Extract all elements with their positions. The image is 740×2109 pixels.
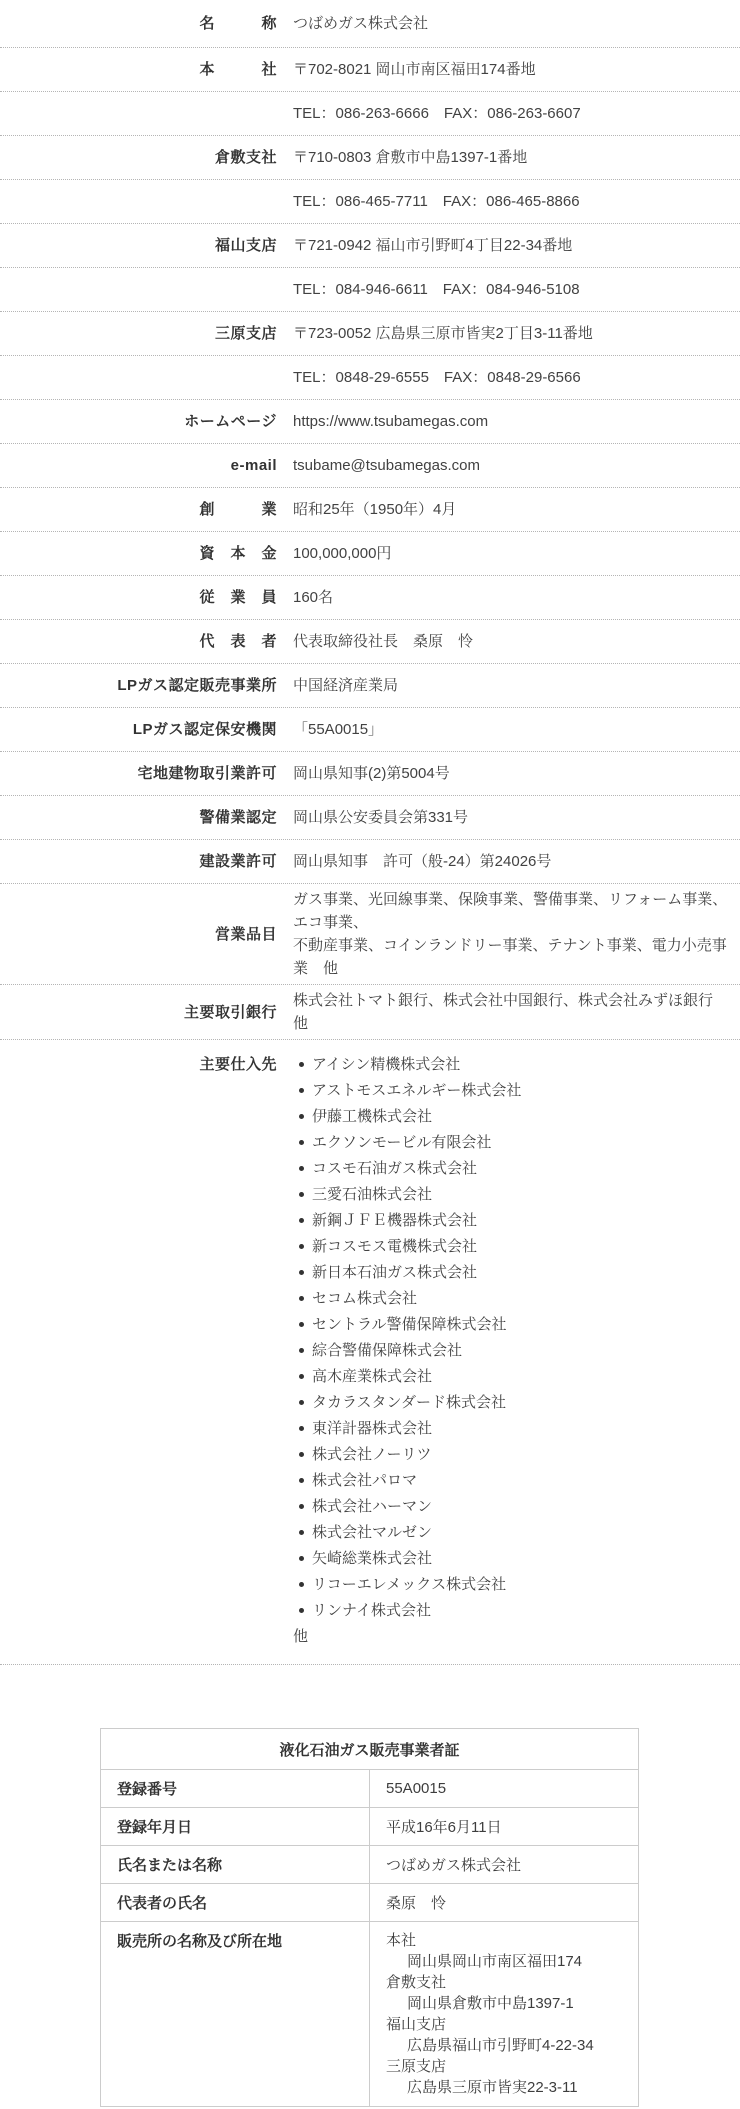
profile-row: 本 社〒702-8021 岡山市南区福田174番地 (0, 48, 740, 92)
supplier-item: 新コスモス電機株式会社 (293, 1234, 521, 1260)
bullet-icon (299, 1218, 304, 1223)
bullet-icon (299, 1140, 304, 1145)
suppliers-suffix: 他 (293, 1624, 521, 1650)
supplier-name: 株式会社ノーリツ (312, 1446, 432, 1463)
bullet-icon (299, 1400, 304, 1405)
certificate-row-value: 55A0015 (370, 1770, 639, 1808)
supplier-item: アイシン精機株式会社 (293, 1052, 521, 1078)
profile-row: 倉敷支社〒710-0803 倉敷市中島1397-1番地 (0, 136, 740, 180)
profile-value-line: 岡山県知事(2)第5004号 (293, 762, 450, 785)
bullet-icon (299, 1166, 304, 1171)
certificate-row-label: 販売所の名称及び所在地 (101, 1922, 370, 2107)
certificate-row-value: つばめガス株式会社 (370, 1846, 639, 1884)
supplier-name: 東洋計器株式会社 (312, 1420, 432, 1437)
profile-row-value: 160名 (293, 586, 333, 609)
profile-row-label: 代 表 者 (0, 631, 277, 652)
profile-value-line: 〒710-0803 倉敷市中島1397-1番地 (293, 146, 527, 169)
bullet-icon (299, 1556, 304, 1561)
profile-row-label: e-mail (0, 455, 277, 476)
supplier-name: 株式会社パロマ (312, 1472, 417, 1489)
supplier-item: 新鋼ＪＦＥ機器株式会社 (293, 1208, 521, 1234)
bullet-icon (299, 1530, 304, 1535)
supplier-item: 新日本石油ガス株式会社 (293, 1260, 521, 1286)
certificate-row-value: 桑原 怜 (370, 1884, 639, 1922)
supplier-item: 伊藤工機株式会社 (293, 1104, 521, 1130)
supplier-name: 株式会社ハーマン (312, 1498, 432, 1515)
supplier-name: エクソンモービル有限会社 (312, 1134, 491, 1151)
certificate-row-value: 平成16年6月11日 (370, 1808, 639, 1846)
certificate-row-label: 登録年月日 (101, 1808, 370, 1846)
profile-row: ホームページhttps://www.tsubamegas.com (0, 400, 740, 444)
supplier-item: 三愛石油株式会社 (293, 1182, 521, 1208)
bullet-icon (299, 1062, 304, 1067)
certificate-body: 登録番号55A0015登録年月日平成16年6月11日氏名または名称つばめガス株式… (101, 1770, 639, 2107)
profile-value-line: 昭和25年（1950年）4月 (293, 498, 456, 521)
profile-row: LPガス認定保安機関「55A0015」 (0, 708, 740, 752)
profile-row-label: 倉敷支社 (0, 147, 277, 168)
bullet-icon (299, 1348, 304, 1353)
profile-row: 宅地建物取引業許可岡山県知事(2)第5004号 (0, 752, 740, 796)
certificate-row: 氏名または名称つばめガス株式会社 (101, 1846, 639, 1884)
branch-name: 福山支店 (386, 2014, 634, 2035)
certificate-row: 代表者の氏名桑原 怜 (101, 1884, 639, 1922)
profile-row: 資 本 金100,000,000円 (0, 532, 740, 576)
bullet-icon (299, 1608, 304, 1613)
certificate-title: 液化石油ガス販売事業者証 (101, 1729, 639, 1770)
supplier-item: リンナイ株式会社 (293, 1598, 521, 1624)
supplier-name: 三愛石油株式会社 (312, 1186, 432, 1203)
profile-value-line: tsubame@tsubamegas.com (293, 454, 480, 477)
profile-row-value: TEL：086-465-7711 FAX：086-465-8866 (293, 190, 580, 213)
bullet-icon (299, 1504, 304, 1509)
profile-value-line: TEL：084-946-6611 FAX：084-946-5108 (293, 278, 580, 301)
profile-row: 建設業許可岡山県知事 許可（般-24）第24026号 (0, 840, 740, 884)
supplier-name: 矢崎総業株式会社 (312, 1550, 432, 1567)
profile-row-label: 建設業許可 (0, 851, 277, 872)
profile-value-line: ガス事業、光回線事業、保険事業、警備事業、リフォーム事業、エコ事業、 (293, 888, 740, 934)
profile-row: 名 称つばめガス株式会社 (0, 0, 740, 48)
profile-row-value: 岡山県公安委員会第331号 (293, 806, 468, 829)
supplier-item: 高木産業株式会社 (293, 1364, 521, 1390)
profile-row-label: 主要仕入先 (0, 1052, 277, 1075)
bullet-icon (299, 1270, 304, 1275)
profile-value-line: つばめガス株式会社 (293, 12, 428, 35)
profile-value-line: 中国経済産業局 (293, 674, 398, 697)
supplier-name: 伊藤工機株式会社 (312, 1108, 432, 1125)
profile-row-value: TEL：086-263-6666 FAX：086-263-6607 (293, 102, 581, 125)
profile-row: 従 業 員160名 (0, 576, 740, 620)
profile-row: TEL：084-946-6611 FAX：084-946-5108 (0, 268, 740, 312)
supplier-item: 株式会社マルゼン (293, 1520, 521, 1546)
profile-row-value: TEL：084-946-6611 FAX：084-946-5108 (293, 278, 580, 301)
supplier-item: 矢崎総業株式会社 (293, 1546, 521, 1572)
supplier-name: 高木産業株式会社 (312, 1368, 432, 1385)
branch-address: 広島県三原市皆実22-3-11 (386, 2077, 634, 2098)
profile-value-line: 岡山県公安委員会第331号 (293, 806, 468, 829)
profile-row-label: 主要取引銀行 (0, 1002, 277, 1023)
supplier-item: エクソンモービル有限会社 (293, 1130, 521, 1156)
bullet-icon (299, 1244, 304, 1249)
certificate-locations-row: 販売所の名称及び所在地本社岡山県岡山市南区福田174倉敷支社岡山県倉敷市中島13… (101, 1922, 639, 2107)
profile-row-value: 〒721-0942 福山市引野町4丁目22-34番地 (293, 234, 572, 257)
profile-row-value: TEL：0848-29-6555 FAX：0848-29-6566 (293, 366, 581, 389)
profile-row-value: ガス事業、光回線事業、保険事業、警備事業、リフォーム事業、エコ事業、不動産事業、… (293, 888, 740, 980)
supplier-name: アストモスエネルギー株式会社 (312, 1082, 521, 1099)
profile-value-line: https://www.tsubamegas.com (293, 410, 488, 433)
supplier-item: セコム株式会社 (293, 1286, 521, 1312)
profile-row-label: 三原支店 (0, 323, 277, 344)
profile-row: 主要取引銀行株式会社トマト銀行、株式会社中国銀行、株式会社みずほ銀行 他 (0, 985, 740, 1040)
branch-name: 本社 (386, 1930, 634, 1951)
profile-row-value: 代表取締役社長 桑原 怜 (293, 630, 473, 653)
profile-row-value: 「55A0015」 (293, 718, 383, 741)
supplier-name: 綜合警備保障株式会社 (312, 1342, 462, 1359)
profile-row-label: 名 称 (0, 13, 277, 34)
profile-row-value: 昭和25年（1950年）4月 (293, 498, 456, 521)
supplier-name: コスモ石油ガス株式会社 (312, 1160, 477, 1177)
supplier-item: 東洋計器株式会社 (293, 1416, 521, 1442)
profile-row-suppliers: 主要仕入先アイシン精機株式会社アストモスエネルギー株式会社伊藤工機株式会社エクソ… (0, 1040, 740, 1665)
supplier-item: セントラル警備保障株式会社 (293, 1312, 521, 1338)
profile-value-line: 岡山県知事 許可（般-24）第24026号 (293, 850, 551, 873)
profile-row: 代 表 者代表取締役社長 桑原 怜 (0, 620, 740, 664)
branch-name: 倉敷支社 (386, 1972, 634, 1993)
profile-row-label: LPガス認定販売事業所 (0, 675, 277, 696)
profile-row-value: 中国経済産業局 (293, 674, 398, 697)
supplier-name: 新コスモス電機株式会社 (312, 1238, 477, 1255)
profile-value-line: 160名 (293, 586, 333, 609)
profile-value-line: TEL：0848-29-6555 FAX：0848-29-6566 (293, 366, 581, 389)
profile-row-label: LPガス認定保安機関 (0, 719, 277, 740)
supplier-name: セントラル警備保障株式会社 (312, 1316, 507, 1333)
bullet-icon (299, 1426, 304, 1431)
profile-value-line: 〒702-8021 岡山市南区福田174番地 (293, 58, 536, 81)
profile-row-value: 岡山県知事 許可（般-24）第24026号 (293, 850, 551, 873)
profile-row: 警備業認定岡山県公安委員会第331号 (0, 796, 740, 840)
profile-row-label: 創 業 (0, 499, 277, 520)
profile-row-value: 100,000,000円 (293, 542, 391, 565)
profile-value-line: 不動産事業、コインランドリー事業、テナント事業、電力小売事業 他 (293, 934, 740, 980)
profile-row: TEL：0848-29-6555 FAX：0848-29-6566 (0, 356, 740, 400)
profile-row-value: 〒702-8021 岡山市南区福田174番地 (293, 58, 536, 81)
branch-address: 広島県福山市引野町4-22-34 (386, 2035, 634, 2056)
suppliers-value: アイシン精機株式会社アストモスエネルギー株式会社伊藤工機株式会社エクソンモービル… (293, 1052, 521, 1650)
bullet-icon (299, 1582, 304, 1587)
profile-row-label: 従 業 員 (0, 587, 277, 608)
supplier-name: タカラスタンダード株式会社 (312, 1394, 506, 1411)
profile-row-value: https://www.tsubamegas.com (293, 410, 488, 433)
certificate-row-label: 氏名または名称 (101, 1846, 370, 1884)
profile-row: TEL：086-263-6666 FAX：086-263-6607 (0, 92, 740, 136)
profile-row-value: tsubame@tsubamegas.com (293, 454, 480, 477)
supplier-item: タカラスタンダード株式会社 (293, 1390, 521, 1416)
bullet-icon (299, 1374, 304, 1379)
certificate-row-label: 代表者の氏名 (101, 1884, 370, 1922)
certificate-title-row: 液化石油ガス販売事業者証 (101, 1729, 639, 1770)
certificate-row: 登録年月日平成16年6月11日 (101, 1808, 639, 1846)
profile-row: e-mailtsubame@tsubamegas.com (0, 444, 740, 488)
profile-row: 創 業昭和25年（1950年）4月 (0, 488, 740, 532)
profile-row-label: 営業品目 (0, 924, 277, 945)
profile-row-label: 福山支店 (0, 235, 277, 256)
bullet-icon (299, 1322, 304, 1327)
profile-row: LPガス認定販売事業所中国経済産業局 (0, 664, 740, 708)
supplier-name: リコーエレメックス株式会社 (312, 1576, 506, 1593)
profile-row-label: ホームページ (0, 411, 277, 432)
profile-row-value: 岡山県知事(2)第5004号 (293, 762, 450, 785)
profile-row-label: 資 本 金 (0, 543, 277, 564)
bullet-icon (299, 1114, 304, 1119)
supplier-item: コスモ石油ガス株式会社 (293, 1156, 521, 1182)
bullet-icon (299, 1192, 304, 1197)
supplier-item: 株式会社ハーマン (293, 1494, 521, 1520)
profile-row-label: 警備業認定 (0, 807, 277, 828)
supplier-name: 新日本石油ガス株式会社 (312, 1264, 477, 1281)
profile-row: 福山支店〒721-0942 福山市引野町4丁目22-34番地 (0, 224, 740, 268)
supplier-item: 株式会社ノーリツ (293, 1442, 521, 1468)
profile-row-value: 〒723-0052 広島県三原市皆実2丁目3-11番地 (293, 322, 593, 345)
bullet-icon (299, 1452, 304, 1457)
bullet-icon (299, 1088, 304, 1093)
supplier-name: リンナイ株式会社 (312, 1602, 431, 1619)
bullet-icon (299, 1296, 304, 1301)
profile-row-value: つばめガス株式会社 (293, 12, 428, 35)
profile-row: 三原支店〒723-0052 広島県三原市皆実2丁目3-11番地 (0, 312, 740, 356)
certificate-locations-value: 本社岡山県岡山市南区福田174倉敷支社岡山県倉敷市中島1397-1福山支店広島県… (370, 1922, 639, 2107)
profile-value-line: 〒723-0052 広島県三原市皆実2丁目3-11番地 (293, 322, 593, 345)
supplier-item: 綜合警備保障株式会社 (293, 1338, 521, 1364)
supplier-name: セコム株式会社 (312, 1290, 417, 1307)
profile-row: 営業品目ガス事業、光回線事業、保険事業、警備事業、リフォーム事業、エコ事業、不動… (0, 884, 740, 985)
branch-address: 岡山県岡山市南区福田174 (386, 1951, 634, 1972)
bullet-icon (299, 1478, 304, 1483)
branch-name: 三原支店 (386, 2056, 634, 2077)
profile-row-label: 宅地建物取引業許可 (0, 763, 277, 784)
certificate-row-label: 登録番号 (101, 1770, 370, 1808)
profile-row-value: 〒710-0803 倉敷市中島1397-1番地 (293, 146, 527, 169)
supplier-item: 株式会社パロマ (293, 1468, 521, 1494)
lpg-dealer-certificate-table: 液化石油ガス販売事業者証 登録番号55A0015登録年月日平成16年6月11日氏… (100, 1728, 639, 2107)
company-profile-list: 名 称つばめガス株式会社本 社〒702-8021 岡山市南区福田174番地TEL… (0, 0, 740, 1665)
branch-address: 岡山県倉敷市中島1397-1 (386, 1993, 634, 2014)
suppliers-list: アイシン精機株式会社アストモスエネルギー株式会社伊藤工機株式会社エクソンモービル… (293, 1052, 521, 1624)
profile-value-line: TEL：086-263-6666 FAX：086-263-6607 (293, 102, 581, 125)
supplier-name: 新鋼ＪＦＥ機器株式会社 (312, 1212, 477, 1229)
profile-value-line: 株式会社トマト銀行、株式会社中国銀行、株式会社みずほ銀行 他 (293, 989, 740, 1035)
profile-value-line: 〒721-0942 福山市引野町4丁目22-34番地 (293, 234, 572, 257)
supplier-item: アストモスエネルギー株式会社 (293, 1078, 521, 1104)
profile-value-line: 「55A0015」 (293, 718, 383, 741)
profile-row-label: 本 社 (0, 59, 277, 80)
certificate-row: 登録番号55A0015 (101, 1770, 639, 1808)
profile-row-value: 株式会社トマト銀行、株式会社中国銀行、株式会社みずほ銀行 他 (293, 989, 740, 1035)
supplier-item: リコーエレメックス株式会社 (293, 1572, 521, 1598)
profile-row: TEL：086-465-7711 FAX：086-465-8866 (0, 180, 740, 224)
profile-value-line: 代表取締役社長 桑原 怜 (293, 630, 473, 653)
profile-value-line: TEL：086-465-7711 FAX：086-465-8866 (293, 190, 580, 213)
supplier-name: 株式会社マルゼン (312, 1524, 432, 1541)
profile-value-line: 100,000,000円 (293, 542, 391, 565)
supplier-name: アイシン精機株式会社 (312, 1056, 460, 1073)
